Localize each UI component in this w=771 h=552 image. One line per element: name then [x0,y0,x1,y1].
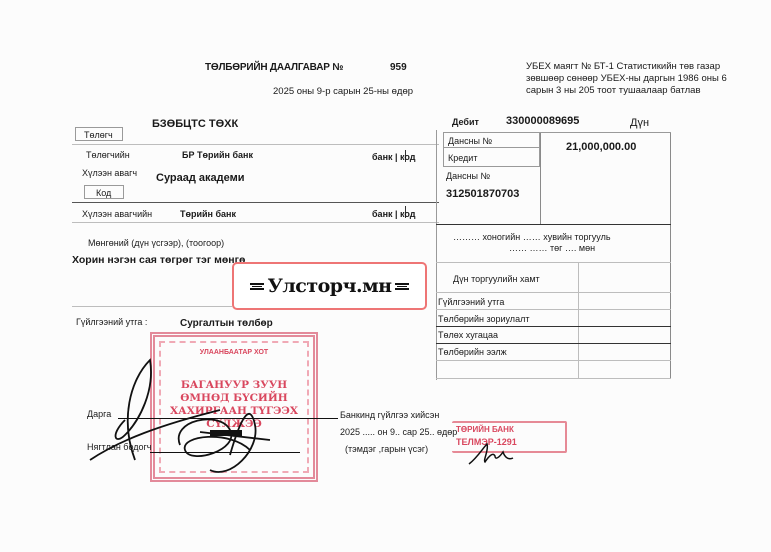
receiver-label: Хүлээн авагч [82,168,137,178]
document-number: 959 [390,62,407,73]
debit-account: 330000089695 [506,115,579,127]
payer-bank-label: Төлөгчийн [86,150,130,160]
wing-icon [395,283,409,290]
divider [72,222,439,223]
amount: 21,000,000.00 [566,141,636,153]
credit-label: Кредит [448,153,477,163]
bank-processed-label: Банкинд гүйлгээ хийсэн [340,410,439,420]
payer-name: БЗӨБЦТС ТӨХК [152,118,238,130]
transaction-value: Сургалтын төлбөр [180,318,273,329]
amount-words-value: Хорин нэгэн сая төгрөг тэг мөнгө [72,254,245,266]
document-title: ТӨЛБӨРИЙН ДААЛГАВАР № [205,62,343,73]
divider [436,343,671,344]
divider [436,378,671,379]
credit-account: 312501870703 [446,188,519,200]
amount-words-label: Мөнгөний (дүн үсгээр), (тоогоор) [88,238,224,248]
amount-with-penalty-label: Дүн торгуулийн хамт [453,274,540,284]
divider [540,132,671,133]
divider [72,202,439,203]
watermark-badge: Улсторч.мн [232,262,427,310]
divider [436,309,671,310]
seal-signature-label: (тэмдэг ,гарын үсэг) [345,444,428,454]
payer-bank: БР Төрийн банк [182,150,253,160]
wing-icon [250,283,264,290]
receiver-name: Сураад академи [156,172,245,184]
bank-processed-date: 2025 ..... он 9.. сар 25.. өдөр [340,427,457,437]
account-no-label: Дансны № [446,171,490,181]
divider [578,262,579,379]
row-label-payment-term: Төлөх хугацаа [438,330,498,340]
penalty-line: …… …… төг …. мөн [509,243,595,253]
receiver-bank: Төрийн банк [180,209,236,219]
divider [72,306,232,307]
currency-label: Дүн [630,117,649,129]
signature-icon [80,340,320,490]
payer-tag: Төлөгч [75,127,123,141]
divider [436,292,671,293]
bank-signature-icon [465,440,515,466]
transaction-label: Гүйлгээний утга : [76,317,147,327]
receiver-code-tag: Код [84,185,124,199]
penalty-line: ……… хоногийн …… хувийн торгууль [453,232,611,242]
divider [436,360,671,361]
document-date: 2025 оны 9-р сарын 25-ны өдөр [273,86,413,97]
divider [436,224,671,225]
row-label-transaction-value: Гүйлгээний утга [438,297,504,307]
divider [670,132,671,379]
receiver-bank-code-label: банк | код [372,209,416,219]
payer-bank-code-label: банк | код [372,152,416,162]
receiver-bank-label: Хүлээн авагчийн [82,209,152,219]
bank-stamp-name: ТӨРИЙН БАНК [456,425,514,434]
divider [72,144,439,145]
debit-label: Дебит [452,117,479,127]
divider [436,262,671,263]
watermark-text: Улсторч.мн [267,275,391,297]
divider [436,326,671,327]
row-label-payment-turn: Төлбөрийн ээлж [438,347,507,357]
account-no-label: Дансны № [448,136,492,146]
divider [540,132,541,224]
approval-note: УБЕХ маягт № БТ-1 Статистикийн төв газар… [526,61,756,97]
row-label-payment-purpose: Төлбөрийн зориулалт [438,314,529,324]
